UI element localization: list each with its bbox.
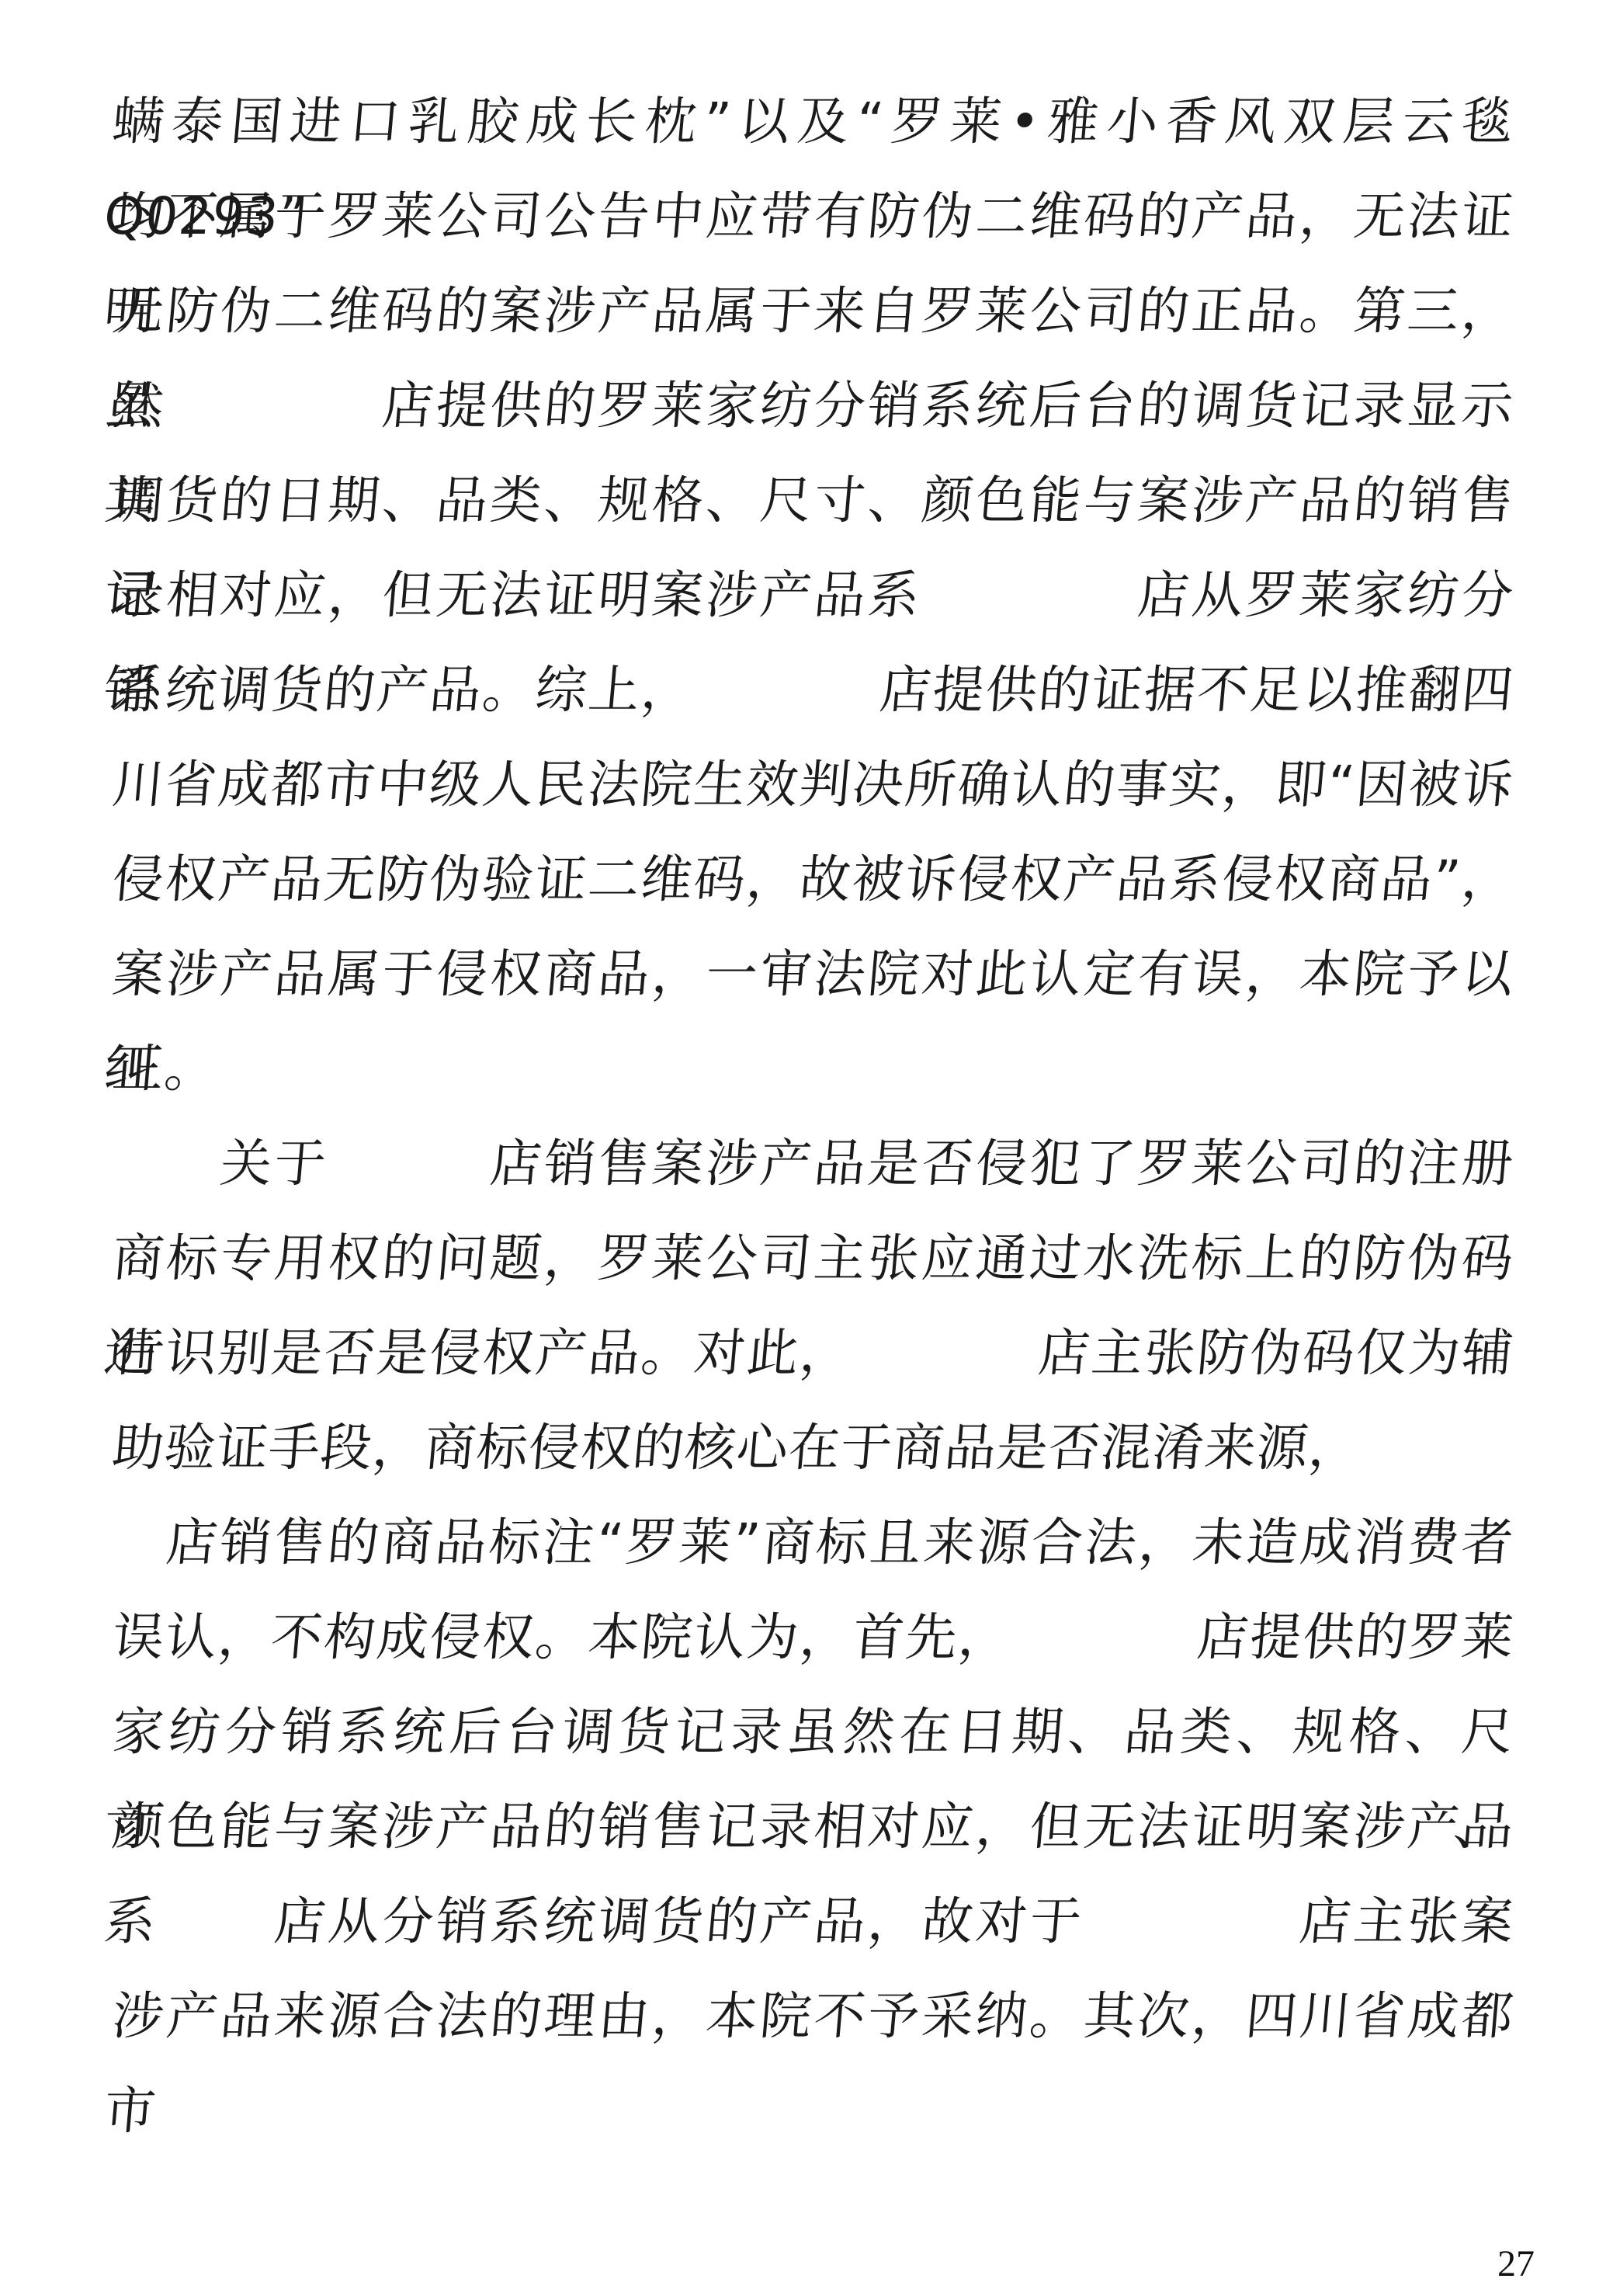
- body-text: 螨泰国进口乳胶成长枕”以及“罗莱•雅小香风双层云毯Q0293”均不属于罗莱公司公…: [113, 75, 1514, 2064]
- text-line: 均不属于罗莱公司公告中应带有防伪二维码的产品，无法证明: [109, 169, 1518, 264]
- document-page: 螨泰国进口乳胶成长枕”以及“罗莱•雅小香风双层云毯Q0293”均不属于罗莱公司公…: [0, 0, 1620, 2296]
- text-line: 行识别是否是侵权产品。对此， 店主张防伪码仅为辅: [109, 1306, 1518, 1401]
- text-line: 关于 店销售案涉产品是否侵犯了罗莱公司的注册: [109, 1117, 1518, 1211]
- text-line: 店销售的商品标注“罗莱”商标且来源合法，未造成消费者: [109, 1495, 1518, 1590]
- text-line: 螨泰国进口乳胶成长枕”以及“罗莱•雅小香风双层云毯Q0293”: [109, 75, 1518, 169]
- text-line: 店从分销系统调货的产品，故对于 店主张案: [109, 1874, 1518, 1969]
- text-line: 正。: [109, 1022, 1518, 1117]
- text-line: 调货的日期、品类、规格、尺寸、颜色能与案涉产品的销售记: [109, 453, 1518, 548]
- page-number: 27: [1481, 2242, 1551, 2286]
- text-line: 误认，不构成侵权。本院认为，首先， 店提供的罗莱: [109, 1590, 1518, 1685]
- text-line: 无防伪二维码的案涉产品属于来自罗莱公司的正品。第三，虽: [109, 264, 1518, 359]
- text-line: 川省成都市中级人民法院生效判决所确认的事实，即“因被诉: [109, 738, 1518, 832]
- text-line: 助验证手段，商标侵权的核心在于商品是否混淆来源，: [109, 1401, 1518, 1495]
- text-line: 系统调货的产品。综上， 店提供的证据不足以推翻四: [109, 643, 1518, 738]
- text-line: 案涉产品属于侵权商品，一审法院对此认定有误，本院予以纠: [109, 927, 1518, 1022]
- text-line: 涉产品来源合法的理由，本院不予采纳。其次，四川省成都市: [109, 1969, 1518, 2064]
- text-line: 侵权产品无防伪验证二维码，故被诉侵权产品系侵权商品”，: [109, 832, 1518, 927]
- text-line: 然 店提供的罗莱家纺分销系统后台的调货记录显示其: [109, 359, 1518, 453]
- text-line: 家纺分销系统后台调货记录虽然在日期、品类、规格、尺寸、: [109, 1685, 1518, 1780]
- text-line: 商标专用权的问题，罗莱公司主张应通过水洗标上的防伪码进: [109, 1211, 1518, 1306]
- text-line: 颜色能与案涉产品的销售记录相对应，但无法证明案涉产品系: [109, 1780, 1518, 1874]
- text-line: 录相对应，但无法证明案涉产品系 店从罗莱家纺分销: [109, 548, 1518, 643]
